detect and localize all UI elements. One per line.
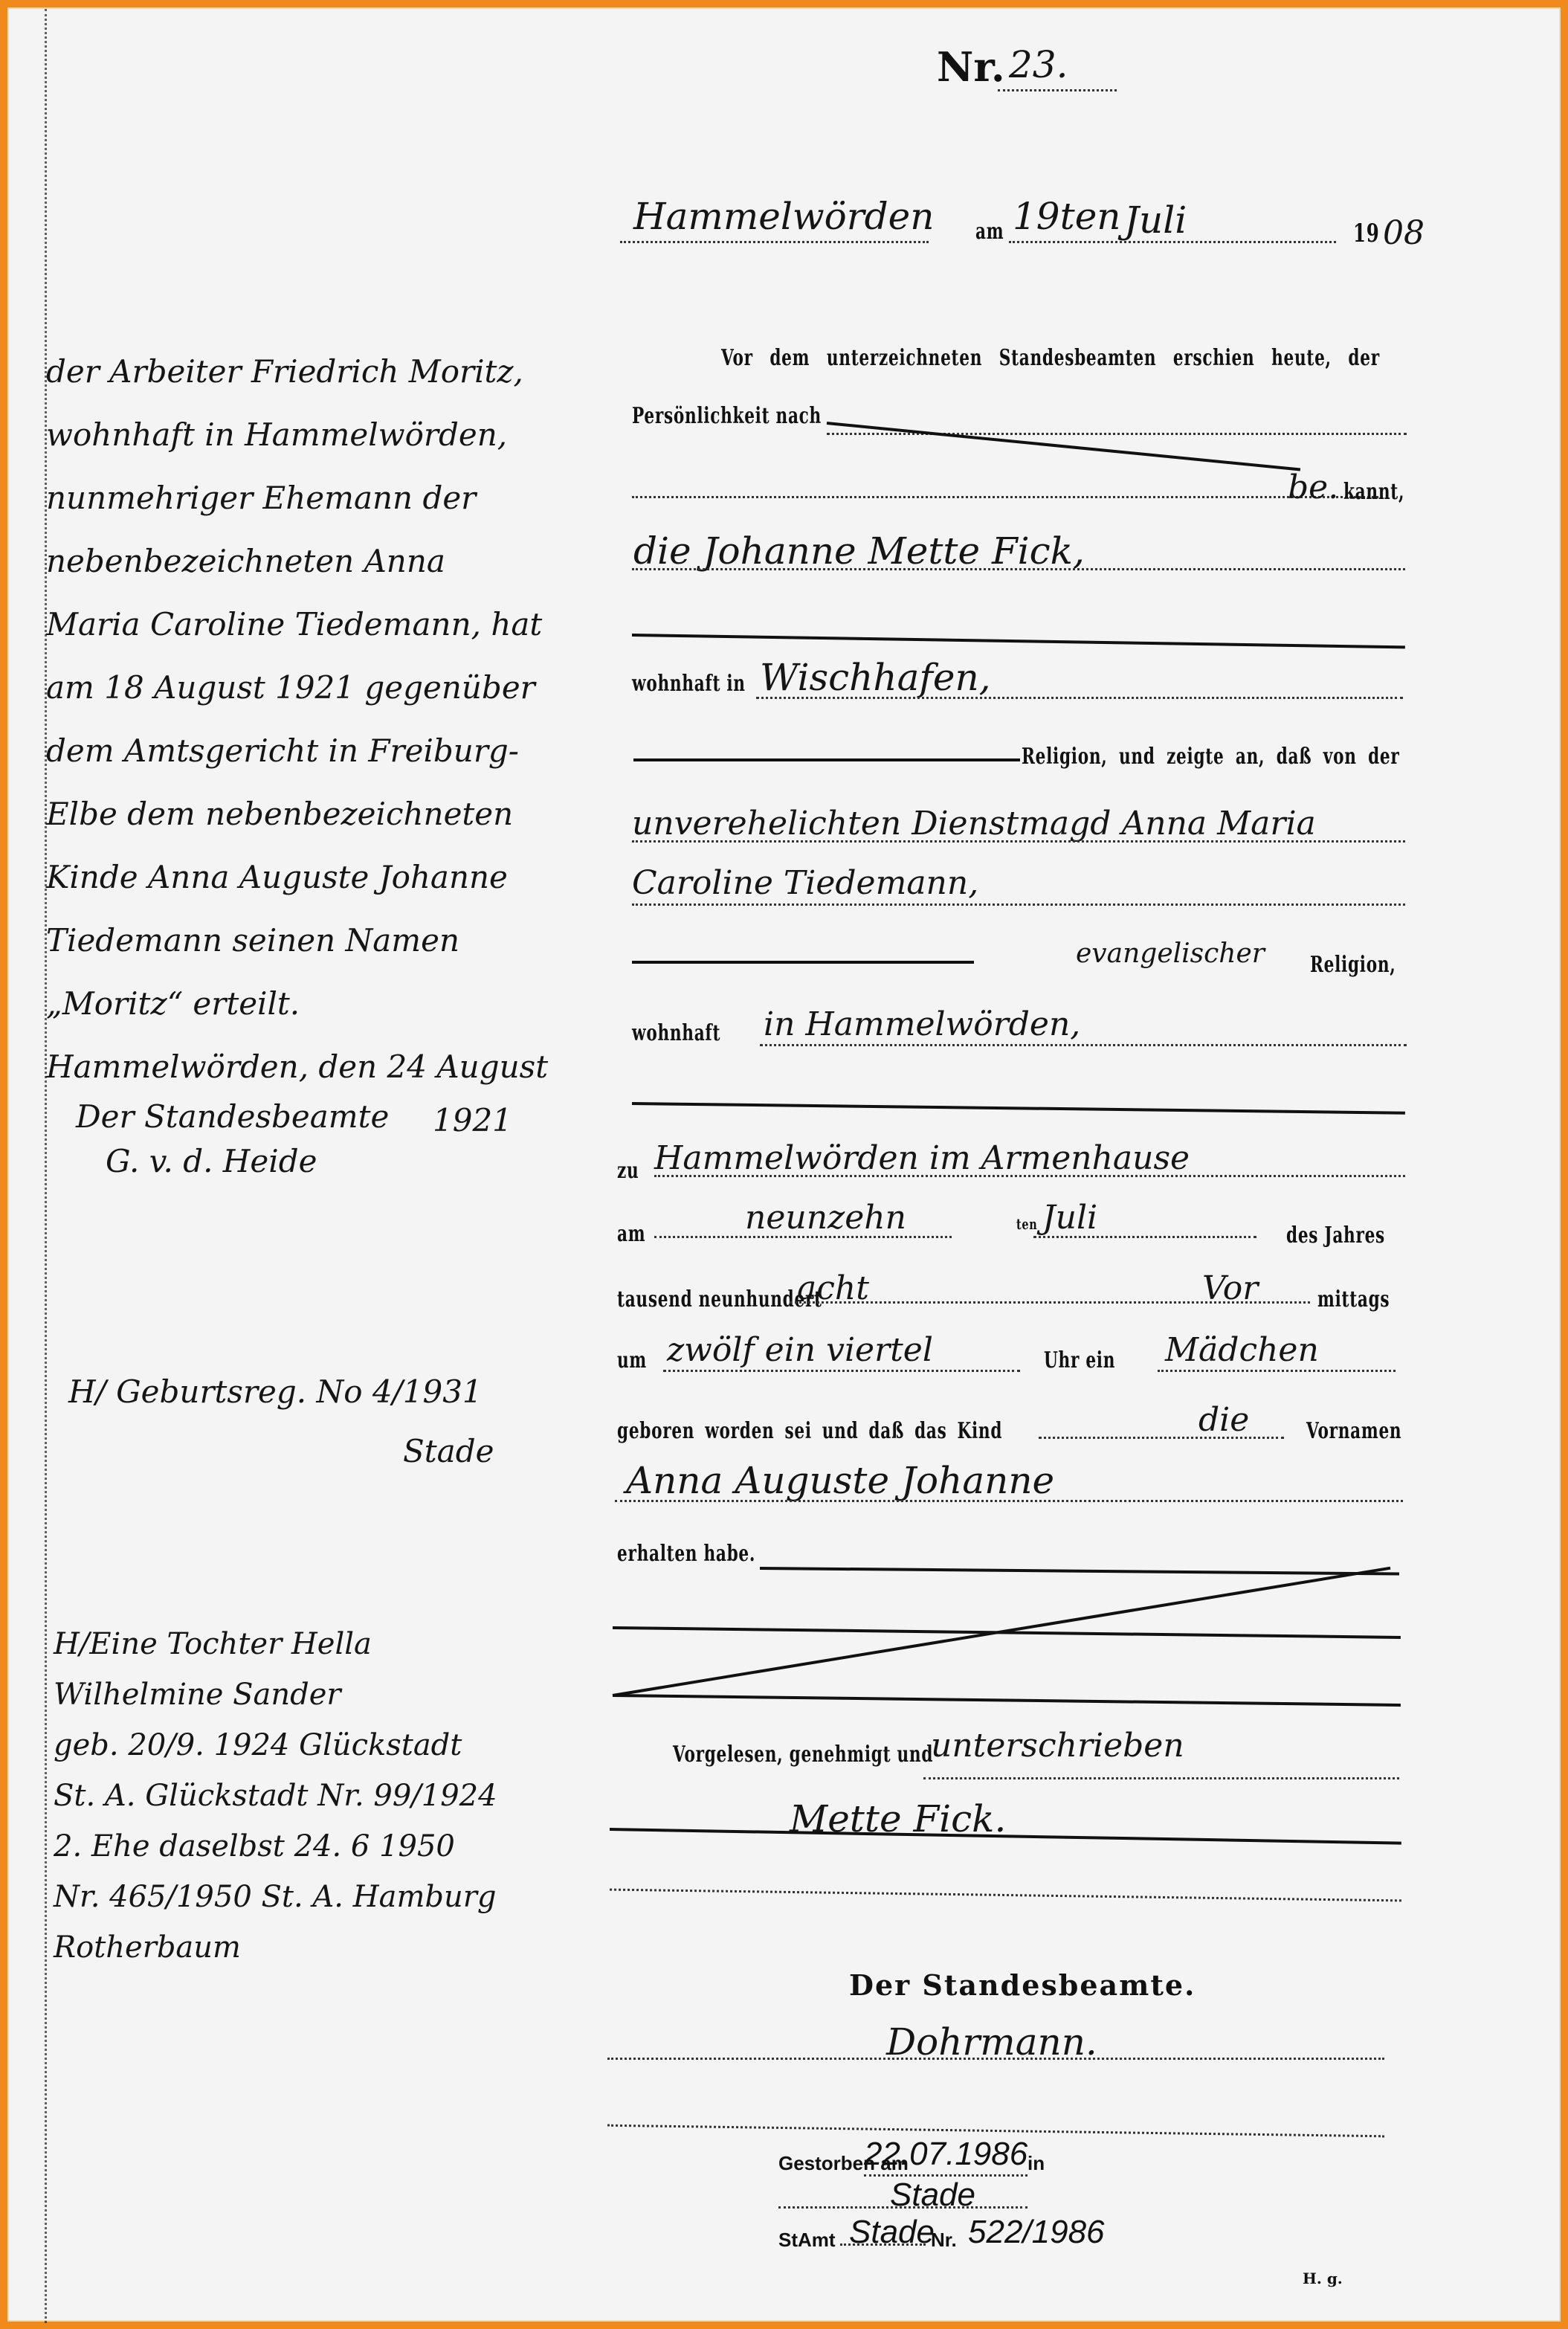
residence-line	[756, 697, 1403, 699]
date-month: Juli	[1124, 199, 1187, 242]
place-written: Hammelwörden	[633, 195, 934, 238]
signoff-signature: G. v. d. Heide	[76, 1139, 389, 1184]
note-line: Kinde Anna Auguste Johanne	[46, 845, 548, 909]
note-line: Maria Caroline Tiedemann, hat	[46, 593, 548, 656]
died-place-line	[778, 2206, 1027, 2209]
hour-label: Uhr ein	[1044, 1347, 1115, 1373]
office-label: StAmt	[778, 2229, 836, 2252]
registrar-line	[607, 2058, 1384, 2060]
birth-day-suffix: ten	[1016, 1215, 1037, 1233]
record-number-line	[998, 89, 1117, 91]
margin-note-legitimation: der Arbeiter Friedrich Moritz, wohnhaft …	[46, 340, 548, 1143]
birthplace-label: zu	[617, 1158, 639, 1184]
birth-month-line	[1033, 1236, 1256, 1238]
died-in-label: in	[1027, 2152, 1045, 2175]
received-label: erhalten habe.	[617, 1541, 755, 1567]
identity-label: Persönlichkeit nach	[632, 403, 822, 429]
forenames-label: Vornamen	[1306, 1418, 1401, 1444]
place-line	[620, 241, 929, 243]
blank-line-5	[610, 1889, 1401, 1902]
religion-line: Religion, und zeigte an, daß von der	[1022, 744, 1399, 770]
birth-day: neunzehn	[745, 1199, 906, 1237]
nr-label: Nr.	[931, 2229, 957, 2252]
time-value: zwölf ein viertel	[667, 1331, 933, 1369]
note-line: Tiedemann seinen Namen	[46, 909, 548, 972]
blank-line-2	[632, 1102, 1405, 1115]
child-names: Anna Auguste Johanne	[626, 1459, 1054, 1502]
note-line: der Arbeiter Friedrich Moritz,	[46, 340, 548, 403]
note-line: Wilhelmine Sander	[54, 1669, 497, 1720]
died-date: 22.07.1986	[864, 2136, 1027, 2173]
year-text-label: tausend neunhundert	[617, 1286, 822, 1312]
date-prefix: am	[975, 219, 1004, 245]
signoff-title: Der Standesbeamte	[76, 1095, 389, 1139]
record-number-label: Nr.	[937, 43, 1005, 91]
margin-note-reference: H/ Geburtsreg. No 4/1931	[68, 1373, 483, 1410]
mother-line-2: Caroline Tiedemann,	[632, 864, 978, 902]
religion-label: Religion,	[1310, 952, 1396, 978]
mother-line-1-rule	[632, 840, 1405, 843]
margin-note-child: H/Eine Tochter Hella Wilhelmine Sander g…	[54, 1619, 497, 1973]
note-line: wohnhaft in Hammelwörden,	[46, 403, 548, 466]
residence-label: wohnhaft in	[632, 671, 746, 697]
registrar-heading: Der Standesbeamte.	[849, 1968, 1196, 2002]
identity-suffix-printed: kannt,	[1343, 479, 1404, 505]
residence: Wischhafen,	[760, 656, 991, 699]
legitimation-signoff: Der Standesbeamte G. v. d. Heide	[76, 1095, 389, 1184]
strike-through-line	[827, 422, 1300, 471]
note-line: St. A. Glückstadt Nr. 99/1924	[54, 1771, 497, 1821]
margin-note-reference-place: Stade	[403, 1433, 494, 1469]
note-line: Rotherbaum	[54, 1922, 497, 1973]
note-line: nunmehriger Ehemann der	[46, 466, 548, 529]
footer-mark: H. g.	[1303, 2270, 1343, 2287]
child-sex: Mädchen	[1165, 1331, 1319, 1369]
note-line: „Moritz“ erteilt.	[46, 972, 548, 1035]
birth-month: Juli	[1042, 1199, 1097, 1237]
mother-residence-label: wohnhaft	[632, 1020, 720, 1046]
cross-out-line	[613, 1567, 1391, 1697]
time-line	[663, 1370, 1020, 1372]
year-label: des Jahres	[1286, 1223, 1385, 1249]
civil-birth-register-page: Nr. 23. Hammelwörden am 19ten Juli 19 08…	[7, 7, 1561, 2322]
year-printed-prefix: 19	[1353, 219, 1380, 248]
blank-line-4	[613, 1694, 1401, 1707]
mother-line-1: unverehelichten Dienstmagd Anna Maria	[632, 805, 1316, 843]
date-day: 19ten	[1013, 195, 1121, 238]
note-line: am 18 August 1921 gegenüber	[46, 656, 548, 719]
office-line	[840, 2243, 926, 2246]
note-line: H/Eine Tochter Hella	[54, 1619, 497, 1669]
record-number: 23.	[1009, 43, 1068, 86]
informant-line	[632, 568, 1405, 570]
mother-religion: evangelischer	[1076, 938, 1265, 969]
birth-day-line	[654, 1236, 952, 1238]
mother-residence: in Hammelwörden,	[764, 1005, 1080, 1043]
note-line: Elbe dem nebenbezeichneten	[46, 782, 548, 845]
child-names-line	[615, 1500, 1403, 1502]
intro-line: Vor dem unterzeichneten Standesbeamten e…	[721, 345, 1380, 371]
note-line: geb. 20/9. 1924 Glückstadt	[54, 1720, 497, 1771]
time-label: um	[617, 1347, 647, 1373]
received-line	[760, 1567, 1399, 1576]
blank-line-3	[613, 1626, 1401, 1639]
born-line: geboren worden sei und daß das Kind	[617, 1418, 1002, 1444]
mother-residence-line	[760, 1044, 1407, 1046]
identity-suffix-written: be.	[1288, 468, 1338, 506]
birth-day-label: am	[617, 1221, 645, 1247]
note-line: nebenbezeichneten Anna	[46, 529, 548, 593]
mother-religion-line	[632, 961, 974, 964]
note-line: Nr. 465/1950 St. A. Hamburg	[54, 1872, 497, 1922]
mother-line-2-rule	[632, 903, 1405, 906]
child-sex-line	[1158, 1370, 1396, 1372]
time-of-day-suffix: mittags	[1317, 1286, 1390, 1312]
date-line	[1009, 241, 1336, 243]
identity-line-2	[632, 496, 1383, 498]
birthplace-line	[654, 1175, 1405, 1177]
time-of-day: Vor	[1202, 1269, 1258, 1307]
blank-line-1	[632, 634, 1405, 648]
signed-line	[923, 1777, 1399, 1779]
informant-religion-line	[633, 758, 1020, 761]
note-line: Hammelwörden, den 24 August	[46, 1035, 548, 1098]
informant-name: die Johanne Mette Fick,	[633, 529, 1085, 573]
nr-value: 522/1986	[968, 2214, 1105, 2251]
note-line: dem Amtsgericht in Freiburg-	[46, 719, 548, 782]
year-written: 08	[1383, 214, 1425, 252]
signed-word: unterschrieben	[931, 1727, 1184, 1765]
article: die	[1198, 1401, 1249, 1439]
birthplace: Hammelwörden im Armenhause	[654, 1139, 1190, 1177]
read-label: Vorgelesen, genehmigt und	[673, 1742, 933, 1768]
note-line: 2. Ehe daselbst 24. 6 1950	[54, 1821, 497, 1872]
